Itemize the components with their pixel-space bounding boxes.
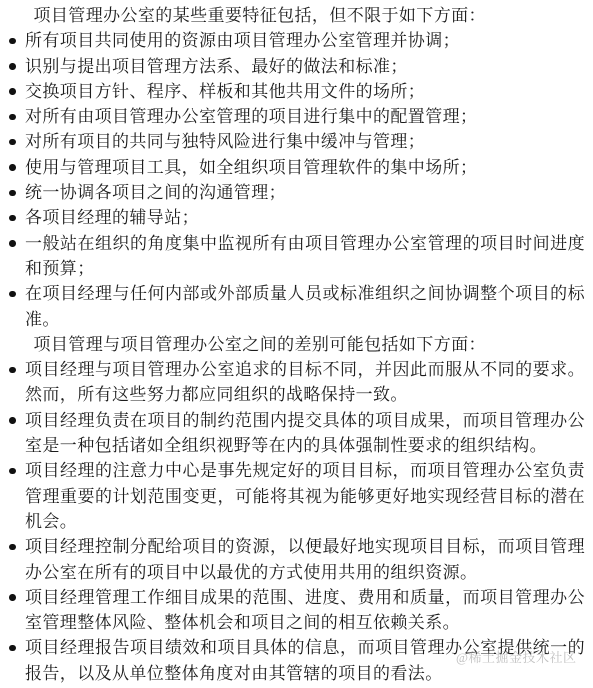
bullet-icon: ● bbox=[9, 63, 16, 70]
list-item: ●识别与提出项目管理方法系、最好的做法和标准； bbox=[8, 54, 585, 79]
list-item: ●各项目经理的辅导站； bbox=[8, 205, 585, 230]
features-intro-paragraph: 项目管理办公室的某些重要特征包括，但不限于如下方面： bbox=[8, 3, 585, 28]
list-item-text: 所有项目共同使用的资源由项目管理办公室管理并协调； bbox=[25, 31, 460, 50]
list-item-text: 项目经理管理工作细目成果的范围、进度、费用和质量，而项目管理办公室管理整体风险、… bbox=[25, 588, 585, 632]
differences-bullet-list: ●项目经理与项目管理办公室追求的目标不同，并因此而服从不同的要求。然而，所有这些… bbox=[8, 357, 585, 686]
bullet-icon: ● bbox=[9, 367, 16, 374]
bullet-icon: ● bbox=[9, 88, 16, 95]
list-item-text: 各项目经理的辅导站； bbox=[25, 208, 199, 227]
bullet-icon: ● bbox=[9, 139, 16, 146]
bullet-icon: ● bbox=[9, 190, 16, 197]
list-item: ●对所有由项目管理办公室管理的项目进行集中的配置管理； bbox=[8, 104, 585, 129]
list-item: ●项目经理控制分配给项目的资源，以便最好地实现项目目标，而项目管理办公室在所有的… bbox=[8, 534, 585, 585]
list-item: ●项目经理的注意力中心是事先规定好的项目目标，而项目管理办公室负责管理重要的计划… bbox=[8, 458, 585, 534]
bullet-icon: ● bbox=[9, 417, 16, 424]
bullet-icon: ● bbox=[9, 114, 16, 121]
list-item: ●项目经理与项目管理办公室追求的目标不同，并因此而服从不同的要求。然而，所有这些… bbox=[8, 357, 585, 408]
list-item: ●一般站在组织的角度集中监视所有由项目管理办公室管理的项目时间进度和预算； bbox=[8, 231, 585, 282]
differences-intro-paragraph: 项目管理与项目管理办公室之间的差别可能包括如下方面： bbox=[8, 332, 585, 357]
list-item-text: 识别与提出项目管理方法系、最好的做法和标准； bbox=[25, 57, 408, 76]
list-item-text: 项目经理与项目管理办公室追求的目标不同，并因此而服从不同的要求。然而，所有这些努… bbox=[25, 360, 585, 404]
list-item: ●统一协调各项目之间的沟通管理； bbox=[8, 180, 585, 205]
list-item: ●项目经理管理工作细目成果的范围、进度、费用和质量，而项目管理办公室管理整体风险… bbox=[8, 585, 585, 636]
bullet-icon: ● bbox=[9, 240, 16, 247]
bullet-icon: ● bbox=[9, 215, 16, 222]
list-item-text: 项目经理负责在项目的制约范围内提交具体的项目成果，而项目管理办公室是一种包括诸如… bbox=[25, 411, 585, 455]
list-item-text: 项目经理控制分配给项目的资源，以便最好地实现项目目标，而项目管理办公室在所有的项… bbox=[25, 537, 585, 581]
bullet-icon: ● bbox=[9, 645, 16, 652]
list-item: ●使用与管理项目工具，如全组织项目管理软件的集中场所； bbox=[8, 155, 585, 180]
bullet-icon: ● bbox=[9, 38, 16, 45]
list-item-text: 交换项目方针、程序、样板和其他共用文件的场所； bbox=[25, 82, 425, 101]
bullet-icon: ● bbox=[9, 164, 16, 171]
bullet-icon: ● bbox=[9, 291, 16, 298]
list-item: ●对所有项目的共同与独特风险进行集中缓冲与管理； bbox=[8, 129, 585, 154]
list-item: ●交换项目方针、程序、样板和其他共用文件的场所； bbox=[8, 79, 585, 104]
list-item-text: 使用与管理项目工具，如全组织项目管理软件的集中场所； bbox=[25, 158, 477, 177]
list-item-text: 统一协调各项目之间的沟通管理； bbox=[25, 183, 286, 202]
bullet-icon: ● bbox=[9, 468, 16, 475]
document-page: 项目管理办公室的某些重要特征包括，但不限于如下方面： ●所有项目共同使用的资源由… bbox=[0, 0, 593, 688]
bullet-icon: ● bbox=[9, 544, 16, 551]
list-item-text: 在项目经理与任何内部或外部质量人员或标准组织之间协调整个项目的标准。 bbox=[25, 284, 585, 328]
list-item-text: 对所有由项目管理办公室管理的项目进行集中的配置管理； bbox=[25, 107, 477, 126]
list-item-text: 项目经理的注意力中心是事先规定好的项目目标，而项目管理办公室负责管理重要的计划范… bbox=[25, 461, 585, 531]
list-item: ●在项目经理与任何内部或外部质量人员或标准组织之间协调整个项目的标准。 bbox=[8, 281, 585, 332]
list-item: ●项目经理负责在项目的制约范围内提交具体的项目成果，而项目管理办公室是一种包括诸… bbox=[8, 408, 585, 459]
bullet-icon: ● bbox=[9, 594, 16, 601]
list-item: ●所有项目共同使用的资源由项目管理办公室管理并协调； bbox=[8, 28, 585, 53]
list-item-text: 一般站在组织的角度集中监视所有由项目管理办公室管理的项目时间进度和预算； bbox=[25, 234, 585, 278]
features-bullet-list: ●所有项目共同使用的资源由项目管理办公室管理并协调；●识别与提出项目管理方法系、… bbox=[8, 28, 585, 332]
list-item-text: 对所有项目的共同与独特风险进行集中缓冲与管理； bbox=[25, 132, 425, 151]
watermark-text: @稀土掘金技术社区 bbox=[456, 650, 576, 666]
